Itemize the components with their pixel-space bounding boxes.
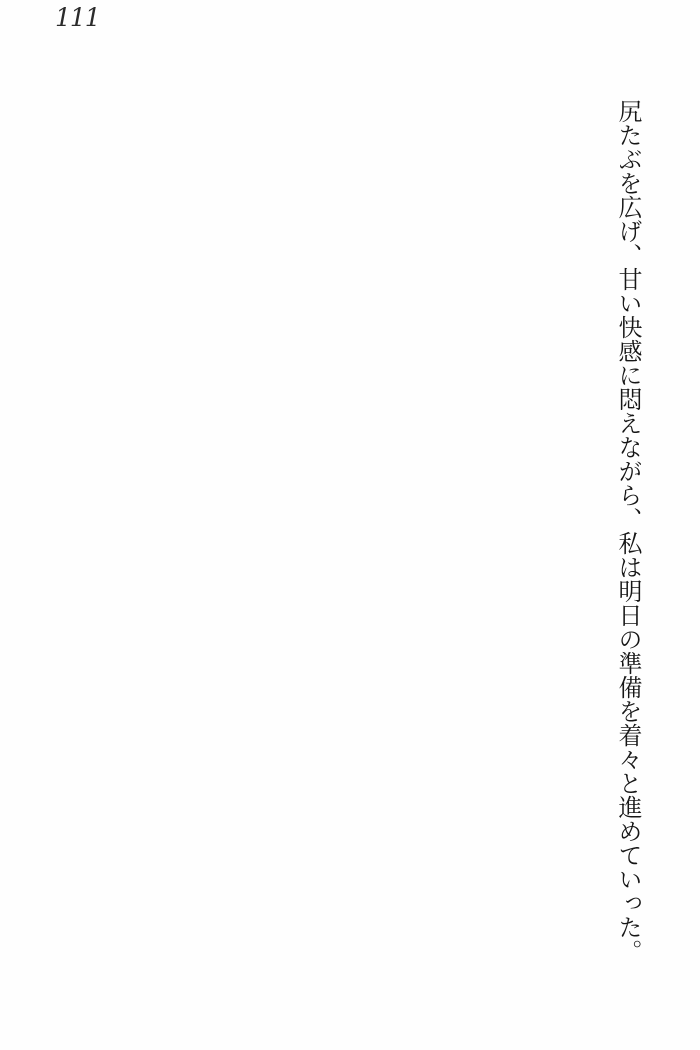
body-text-vertical-column: 尻たぶを広げ、甘い快感に悶えながら、私は明日の準備を着々と進めていった。: [613, 99, 643, 999]
book-page: 111 尻たぶを広げ、甘い快感に悶えながら、私は明日の準備を着々と進めていった。: [0, 0, 700, 1050]
page-number: 111: [55, 3, 100, 32]
